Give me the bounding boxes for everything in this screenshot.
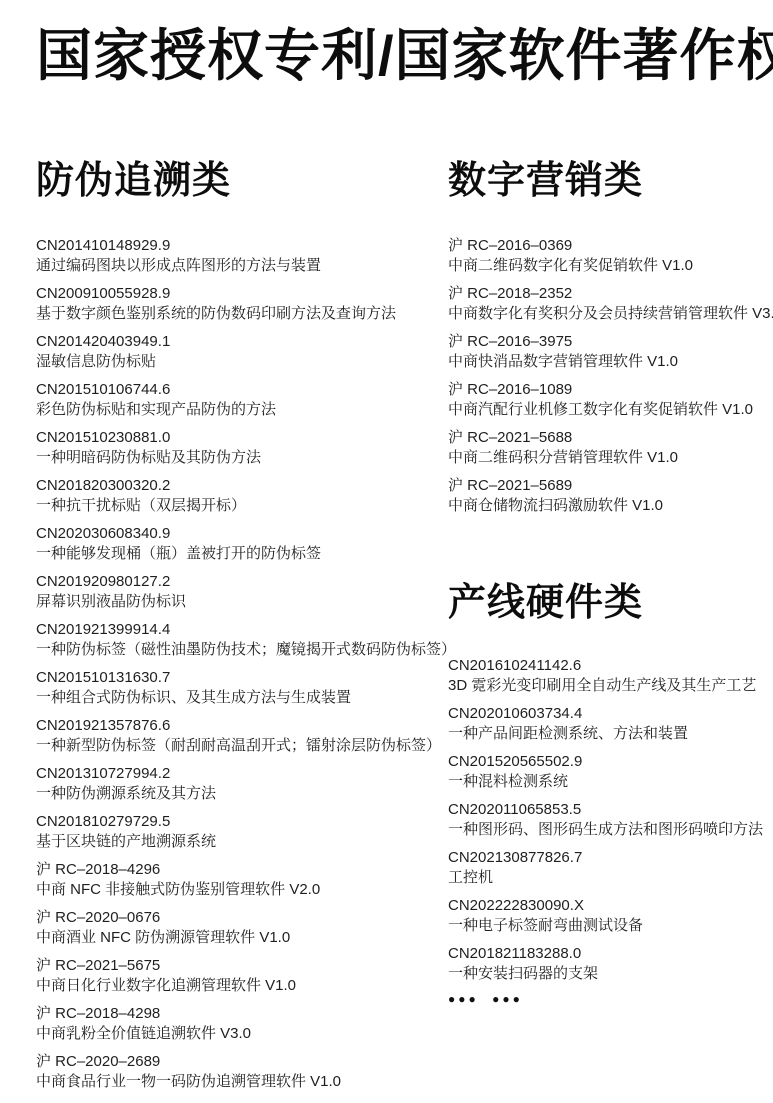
- patent-item: CN201410148929.9 通过编码图块以形成点阵图形的方法与装置: [36, 236, 448, 276]
- patent-item: CN202010603734.4 一种产品间距检测系统、方法和装置: [448, 704, 773, 744]
- patent-item: 沪 RC–2018–4298 中商乳粉全价值链追溯软件 V3.0: [36, 1004, 448, 1044]
- patent-code: 沪 RC–2018–2352: [448, 284, 773, 304]
- patent-description: 工控机: [448, 868, 773, 888]
- patent-item: CN201921399914.4 一种防伪标签（磁性油墨防伪技术；魔镜揭开式数码…: [36, 620, 448, 660]
- patent-description: 一种能够发现桶（瓶）盖被打开的防伪标签: [36, 544, 448, 564]
- patent-description: 基于数字颜色鉴别系统的防伪数码印刷方法及查询方法: [36, 304, 448, 324]
- content-columns: 防伪追溯类 CN201410148929.9 通过编码图块以形成点阵图形的方法与…: [36, 92, 737, 1100]
- patent-code: CN201510230881.0: [36, 428, 448, 448]
- patent-code: 沪 RC–2021–5675: [36, 956, 448, 976]
- patent-description: 彩色防伪标贴和实现产品防伪的方法: [36, 400, 448, 420]
- patent-code: CN202130877826.7: [448, 848, 773, 868]
- patent-description: 一种防伪溯源系统及其方法: [36, 784, 448, 804]
- patent-code: CN201820300320.2: [36, 476, 448, 496]
- patent-code: 沪 RC–2021–5688: [448, 428, 773, 448]
- patent-item: 沪 RC–2016–0369 中商二维码数字化有奖促销软件 V1.0: [448, 236, 773, 276]
- patent-code: CN201921357876.6: [36, 716, 448, 736]
- patent-item: CN201820300320.2 一种抗干扰标贴（双层揭开标）: [36, 476, 448, 516]
- patent-code: CN201520565502.9: [448, 752, 773, 772]
- patent-item: CN200910055928.9 基于数字颜色鉴别系统的防伪数码印刷方法及查询方…: [36, 284, 448, 324]
- section-anti-counterfeit-traceability: 防伪追溯类 CN201410148929.9 通过编码图块以形成点阵图形的方法与…: [36, 158, 448, 1092]
- patent-code: 沪 RC–2018–4296: [36, 860, 448, 880]
- patent-code: CN200910055928.9: [36, 284, 448, 304]
- patent-code: CN201510106744.6: [36, 380, 448, 400]
- patent-code: CN201310727994.2: [36, 764, 448, 784]
- section-production-hardware: 产线硬件类 CN201610241142.6 3D 霓彩光变印刷用全自动生产线及…: [448, 580, 773, 984]
- patent-item: CN202030608340.9 一种能够发现桶（瓶）盖被打开的防伪标签: [36, 524, 448, 564]
- patent-description: 屏幕识别液晶防伪标识: [36, 592, 448, 612]
- patent-description: 中商二维码积分营销管理软件 V1.0: [448, 448, 773, 468]
- patent-description: 一种新型防伪标签（耐刮耐高温刮开式；镭射涂层防伪标签）: [36, 736, 448, 756]
- patent-code: 沪 RC–2021–5689: [448, 476, 773, 496]
- patent-code: 沪 RC–2020–0676: [36, 908, 448, 928]
- patent-description: 一种混料检测系统: [448, 772, 773, 792]
- patent-item: 沪 RC–2016–1089 中商汽配行业机修工数字化有奖促销软件 V1.0: [448, 380, 773, 420]
- patent-description: 通过编码图块以形成点阵图形的方法与装置: [36, 256, 448, 276]
- patent-description: 基于区块链的产地溯源系统: [36, 832, 448, 852]
- patent-description: 一种产品间距检测系统、方法和装置: [448, 724, 773, 744]
- patent-code: 沪 RC–2020–2689: [36, 1052, 448, 1072]
- patent-code: CN202011065853.5: [448, 800, 773, 820]
- patent-code: CN201510131630.7: [36, 668, 448, 688]
- patent-description: 一种图形码、图形码生成方法和图形码喷印方法: [448, 820, 773, 840]
- section-digital-marketing: 数字营销类 沪 RC–2016–0369 中商二维码数字化有奖促销软件 V1.0…: [448, 158, 773, 516]
- patent-code: CN201610241142.6: [448, 656, 773, 676]
- column-right: 数字营销类 沪 RC–2016–0369 中商二维码数字化有奖促销软件 V1.0…: [448, 92, 773, 1006]
- patent-description: 中商二维码数字化有奖促销软件 V1.0: [448, 256, 773, 276]
- patent-code: CN201810279729.5: [36, 812, 448, 832]
- patent-description: 中商 NFC 非接触式防伪鉴别管理软件 V2.0: [36, 880, 448, 900]
- more-items-ellipsis: ●●● ●●●: [448, 992, 773, 1006]
- patent-item: 沪 RC–2020–0676 中商酒业 NFC 防伪溯源管理软件 V1.0: [36, 908, 448, 948]
- patent-description: 中商食品行业一物一码防伪追溯管理软件 V1.0: [36, 1072, 448, 1092]
- patent-item: CN201821183288.0 一种安装扫码器的支架: [448, 944, 773, 984]
- patent-code: CN202030608340.9: [36, 524, 448, 544]
- patent-description: 3D 霓彩光变印刷用全自动生产线及其生产工艺: [448, 676, 773, 696]
- page-title: 国家授权专利/国家软件著作权: [36, 20, 737, 92]
- patent-description: 中商乳粉全价值链追溯软件 V3.0: [36, 1024, 448, 1044]
- patent-item: 沪 RC–2018–2352 中商数字化有奖积分及会员持续营销管理软件 V3.0: [448, 284, 773, 324]
- patent-item: CN202130877826.7 工控机: [448, 848, 773, 888]
- patent-item: CN201520565502.9 一种混料检测系统: [448, 752, 773, 792]
- section-heading-production-hardware: 产线硬件类: [448, 580, 773, 626]
- patent-description: 一种电子标签耐弯曲测试设备: [448, 916, 773, 936]
- patent-item: CN201510230881.0 一种明暗码防伪标贴及其防伪方法: [36, 428, 448, 468]
- patent-item: CN201420403949.1 湿敏信息防伪标贴: [36, 332, 448, 372]
- patent-list-production-hardware: CN201610241142.6 3D 霓彩光变印刷用全自动生产线及其生产工艺 …: [448, 656, 773, 984]
- patent-item: CN201310727994.2 一种防伪溯源系统及其方法: [36, 764, 448, 804]
- patent-description: 中商数字化有奖积分及会员持续营销管理软件 V3.0: [448, 304, 773, 324]
- patent-code: 沪 RC–2016–3975: [448, 332, 773, 352]
- patent-certificates-page: 国家授权专利/国家软件著作权 防伪追溯类 CN201410148929.9 通过…: [0, 0, 773, 1103]
- patent-item: CN201510131630.7 一种组合式防伪标识、及其生成方法与生成装置: [36, 668, 448, 708]
- section-heading-anti-counterfeit: 防伪追溯类: [36, 158, 448, 204]
- patent-code: CN201920980127.2: [36, 572, 448, 592]
- patent-code: CN202010603734.4: [448, 704, 773, 724]
- patent-item: CN201510106744.6 彩色防伪标贴和实现产品防伪的方法: [36, 380, 448, 420]
- patent-code: CN202222830090.X: [448, 896, 773, 916]
- patent-item: 沪 RC–2016–3975 中商快消品数字营销管理软件 V1.0: [448, 332, 773, 372]
- patent-list-anti-counterfeit: CN201410148929.9 通过编码图块以形成点阵图形的方法与装置 CN2…: [36, 236, 448, 1092]
- patent-description: 一种防伪标签（磁性油墨防伪技术；魔镜揭开式数码防伪标签）: [36, 640, 448, 660]
- patent-item: 沪 RC–2021–5688 中商二维码积分营销管理软件 V1.0: [448, 428, 773, 468]
- column-left: 防伪追溯类 CN201410148929.9 通过编码图块以形成点阵图形的方法与…: [36, 92, 448, 1100]
- patent-item: CN201610241142.6 3D 霓彩光变印刷用全自动生产线及其生产工艺: [448, 656, 773, 696]
- patent-item: 沪 RC–2021–5675 中商日化行业数字化追溯管理软件 V1.0: [36, 956, 448, 996]
- patent-item: CN202011065853.5 一种图形码、图形码生成方法和图形码喷印方法: [448, 800, 773, 840]
- patent-list-digital-marketing: 沪 RC–2016–0369 中商二维码数字化有奖促销软件 V1.0 沪 RC–…: [448, 236, 773, 516]
- patent-description: 一种抗干扰标贴（双层揭开标）: [36, 496, 448, 516]
- patent-code: CN201821183288.0: [448, 944, 773, 964]
- patent-item: CN202222830090.X 一种电子标签耐弯曲测试设备: [448, 896, 773, 936]
- patent-item: 沪 RC–2021–5689 中商仓储物流扫码激励软件 V1.0: [448, 476, 773, 516]
- patent-item: 沪 RC–2020–2689 中商食品行业一物一码防伪追溯管理软件 V1.0: [36, 1052, 448, 1092]
- patent-code: CN201420403949.1: [36, 332, 448, 352]
- patent-code: 沪 RC–2018–4298: [36, 1004, 448, 1024]
- patent-code: CN201921399914.4: [36, 620, 448, 640]
- patent-item: CN201810279729.5 基于区块链的产地溯源系统: [36, 812, 448, 852]
- patent-code: CN201410148929.9: [36, 236, 448, 256]
- patent-description: 一种安装扫码器的支架: [448, 964, 773, 984]
- patent-description: 中商酒业 NFC 防伪溯源管理软件 V1.0: [36, 928, 448, 948]
- patent-description: 一种组合式防伪标识、及其生成方法与生成装置: [36, 688, 448, 708]
- patent-code: 沪 RC–2016–0369: [448, 236, 773, 256]
- patent-description: 中商仓储物流扫码激励软件 V1.0: [448, 496, 773, 516]
- patent-description: 中商汽配行业机修工数字化有奖促销软件 V1.0: [448, 400, 773, 420]
- patent-description: 一种明暗码防伪标贴及其防伪方法: [36, 448, 448, 468]
- patent-item: 沪 RC–2018–4296 中商 NFC 非接触式防伪鉴别管理软件 V2.0: [36, 860, 448, 900]
- patent-code: 沪 RC–2016–1089: [448, 380, 773, 400]
- patent-description: 湿敏信息防伪标贴: [36, 352, 448, 372]
- patent-item: CN201921357876.6 一种新型防伪标签（耐刮耐高温刮开式；镭射涂层防…: [36, 716, 448, 756]
- patent-description: 中商日化行业数字化追溯管理软件 V1.0: [36, 976, 448, 996]
- patent-description: 中商快消品数字营销管理软件 V1.0: [448, 352, 773, 372]
- patent-item: CN201920980127.2 屏幕识别液晶防伪标识: [36, 572, 448, 612]
- section-heading-digital-marketing: 数字营销类: [448, 158, 773, 204]
